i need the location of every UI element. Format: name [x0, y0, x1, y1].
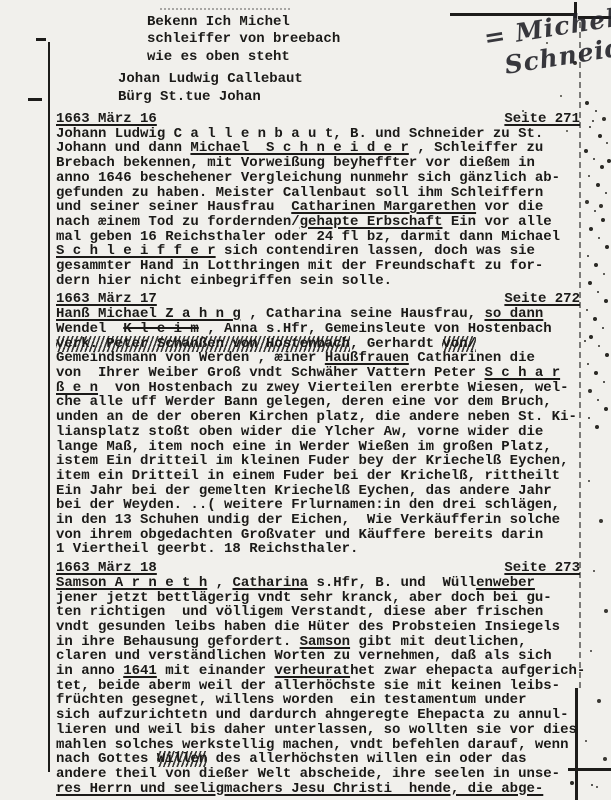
text: Gemeindsmann von Werden , æiner: [56, 350, 325, 366]
text: Ein Jahr bei der gemelten Kriechelß Eych…: [56, 483, 552, 499]
document-line: che alle uff Werder Bann gelegen, deren …: [56, 395, 590, 410]
text: in anno: [56, 663, 123, 679]
underlined-text: so dann: [484, 306, 543, 322]
document-line: Johann und dann Michael S c h n e i d e …: [56, 141, 590, 156]
entries: 1663 März 16Seite 271Johann Ludwig C a l…: [56, 112, 590, 796]
underlined-text: Catharinen Margarethen: [291, 199, 476, 215]
text: mal geben 16 Reichsthaler oder 24 fl bz,…: [56, 229, 560, 245]
document-line: in anno 1641 mit einander verheurathet z…: [56, 664, 590, 679]
document-line: gesammter Hand in Lotthringen mit der Fr…: [56, 259, 590, 274]
text: in den 13 Schuhen undig der Eichen, Wie …: [56, 512, 560, 528]
entry-page-label: Seite 271: [504, 112, 580, 127]
document-line: mal geben 16 Reichsthaler oder 24 fl bz,…: [56, 230, 590, 245]
text: mahlen solches werkstellig machen, vndt …: [56, 737, 568, 753]
document-line: in den 13 Schuhen undig der Eichen, Wie …: [56, 513, 590, 528]
top-note-line: schleiffer von breebach: [147, 31, 590, 48]
text: unden an de der oberen Kirchen platz, di…: [56, 409, 577, 425]
entry-date: 1663 März 16: [56, 112, 157, 127]
document-line: von ihrem obgedachten Großvater und Käuf…: [56, 528, 590, 543]
entry-date: 1663 März 18: [56, 561, 157, 576]
document-line: Gemeindsmann von Werden , æiner Haußfrau…: [56, 351, 590, 366]
underlined-text: 1641: [123, 663, 157, 679]
document-line: andere theil von dießer Welt abscheide, …: [56, 767, 590, 782]
text: von Hostenbach zu zwey Vierteilen ererbt…: [98, 380, 568, 396]
text: gesammter Hand in Lotthringen mit der Fr…: [56, 258, 543, 274]
text: Wendel: [56, 321, 123, 337]
underlined-text: Samson: [300, 634, 350, 650]
document-line: dern hier nicht einbegriffen sein solle.: [56, 274, 590, 289]
text: gefunden zu haben. Meister Callenbaut so…: [56, 185, 543, 201]
text: Catharinen die: [409, 350, 535, 366]
document-line: gefunden zu haben. Meister Callenbaut so…: [56, 186, 590, 201]
scan-artifact-left-margin-line: [48, 42, 50, 772]
scan-artifact-left-tick-top: [36, 38, 46, 41]
entry-date: 1663 März 17: [56, 292, 157, 307]
text: andere theil von dießer Welt abscheide, …: [56, 766, 560, 782]
text: Brebach bekennen, mit Vorweißung beyheff…: [56, 155, 535, 171]
scan-artifact-left-tick-mid: [28, 98, 42, 101]
document-line: jener jetzt bettlägerig vndt sehr kranck…: [56, 591, 590, 606]
text: anno 1646 beschehener Vergleichung nunme…: [56, 170, 560, 186]
text: Johann Ludwig C a l l e n b a u t, B. un…: [56, 126, 543, 142]
underlined-text: Samson A r n e t h: [56, 575, 207, 591]
underlined-text: gehapte Erbschaft: [300, 214, 443, 230]
document-line: lieren und weil bis daher unterlassen, s…: [56, 723, 590, 738]
text: 1 Viertheil geerbt. 18 Reichsthaler.: [56, 541, 358, 557]
document-line: S c h l e i f f e r sich contendiren las…: [56, 244, 590, 259]
document-line: nach æinem Tod zu fordernden/gehapte Erb…: [56, 215, 590, 230]
document-line: früchten gesegnet, willens worden ein te…: [56, 693, 590, 708]
scan-artifact-top-dotted: [160, 8, 290, 10]
text: des allerhöchsten willen ein oder das: [207, 751, 526, 767]
document-line: sich aufzurichtetn und dardurch ahngereg…: [56, 708, 590, 723]
text: sich aufzurichtetn und dardurch ahngereg…: [56, 707, 568, 723]
text: dern hier nicht einbegriffen sein solle.: [56, 273, 392, 289]
text: in ihre Behausung gefordert.: [56, 634, 300, 650]
text: lange Maß, item noch eine in Werder Wieß…: [56, 439, 552, 455]
document-line: Wendel K l e i m , Anna s.Hfr, Gemeinsle…: [56, 322, 590, 337]
document-line: istem Ein dritteil im kleinen Fuder bey …: [56, 454, 590, 469]
document-line: 1 Viertheil geerbt. 18 Reichsthaler.: [56, 542, 590, 557]
document-line: von Ihrer Weiber Groß vndt Schwäher Vatt…: [56, 366, 590, 381]
struck-text: Willen: [157, 751, 207, 767]
underlined-text: S c h l e i f f e r: [56, 243, 216, 259]
underlined-text: S c h a r: [484, 365, 560, 381]
document-line: item ein Dritteil in einem Fuder bei der…: [56, 469, 590, 484]
entry-header: 1663 März 17Seite 272: [56, 292, 580, 307]
entry-page-label: Seite 272: [504, 292, 580, 307]
text: istem Ein dritteil im kleinen Fuder bey …: [56, 453, 568, 469]
text: , Gerhardt: [350, 336, 442, 352]
signature-note-line: Johan Ludwig Callebaut: [118, 71, 590, 88]
text: het zwar ehepacta aufgerich-: [350, 663, 585, 679]
document-line: bei der Weyden. ..( weitere Frlurnamen:i…: [56, 498, 590, 513]
text: vor die: [476, 199, 543, 215]
entry: 1663 März 17Seite 272Hanß Michael Z a h …: [56, 292, 590, 557]
text: mit einander: [157, 663, 275, 679]
top-note-line: wie es oben steht: [147, 49, 590, 66]
text: gibt mit deutlichen,: [350, 634, 526, 650]
document-line: Hanß Michael Z a h n g , Catharina seine…: [56, 307, 590, 322]
text: nach æinem Tod zu fordernden/: [56, 214, 300, 230]
text: Johann und dann: [56, 140, 190, 156]
text: claren und verständlichen Worten zu vern…: [56, 648, 552, 664]
document-line: unden an de der oberen Kirchen platz, di…: [56, 410, 590, 425]
underlined-text: Catharina: [232, 575, 308, 591]
document-line: Brebach bekennen, mit Vorweißung beyheff…: [56, 156, 590, 171]
entry: 1663 März 16Seite 271Johann Ludwig C a l…: [56, 112, 590, 288]
document-line: und seiner seiner Hausfrau Catharinen Ma…: [56, 200, 590, 215]
document-line: verk. Peter Schanßen von Hostenbach, Ger…: [56, 337, 590, 352]
text: nach Gottes: [56, 751, 157, 767]
signature-note-line: Bürg St.tue Johan: [118, 89, 590, 106]
entry-header: 1663 März 18Seite 273: [56, 561, 580, 576]
text: ,: [207, 575, 232, 591]
document-line: anno 1646 beschehener Vergleichung nunme…: [56, 171, 590, 186]
text: bei der Weyden. ..( weitere Frlurnamen:i…: [56, 497, 560, 513]
document-line: tet, beide aberm weil der allerhöchste s…: [56, 679, 590, 694]
document-line: claren und verständlichen Worten zu vern…: [56, 649, 590, 664]
document-line: ß e n von Hostenbach zu zwey Vierteilen …: [56, 381, 590, 396]
document-line: Ein Jahr bei der gemelten Kriechelß Eych…: [56, 484, 590, 499]
entry-page-label: Seite 273: [504, 561, 580, 576]
document-line: lange Maß, item noch eine in Werder Wieß…: [56, 440, 590, 455]
underlined-text: enweber: [476, 575, 535, 591]
document-line: in ihre Behausung gefordert. Samson gibt…: [56, 635, 590, 650]
struck-text: von/: [442, 336, 476, 352]
text: , Anna s.Hfr, Gemeinsleute von Hostenbac…: [199, 321, 552, 337]
text: tet, beide aberm weil der allerhöchste s…: [56, 678, 560, 694]
text: liansplatz stoßt oben wider die Ylcher A…: [56, 424, 543, 440]
document-line: ten richtigen und völligem Verstandt, di…: [56, 605, 590, 620]
underlined-text: ß e n: [56, 380, 98, 396]
document-line: res Herrn und seeligmachers Jesu Christi…: [56, 782, 590, 797]
text: lieren und weil bis daher unterlassen, s…: [56, 722, 577, 738]
top-note: Bekenn Ich Michel schleiffer von breebac…: [147, 14, 590, 66]
text: früchten gesegnet, willens worden ein te…: [56, 692, 526, 708]
document-line: mahlen solches werkstellig machen, vndt …: [56, 738, 590, 753]
text: , Catharina seine Hausfrau,: [241, 306, 485, 322]
text: jener jetzt bettlägerig vndt sehr kranck…: [56, 590, 552, 606]
document-line: liansplatz stoßt oben wider die Ylcher A…: [56, 425, 590, 440]
document-line: Johann Ludwig C a l l e n b a u t, B. un…: [56, 127, 590, 142]
document-page: = Michel Schneider Bekenn Ich Michel sch…: [0, 0, 611, 800]
struck-text: verk. Peter Schanßen von Hostenbach: [56, 336, 350, 352]
underlined-text: Michael S c h n e i d e r: [190, 140, 408, 156]
document-line: Samson A r n e t h , Catharina s.Hfr, B.…: [56, 576, 590, 591]
underlined-text: Hanß Michael Z a h n g: [56, 306, 241, 322]
text: von Ihrer Weiber Groß vndt Schwäher Vatt…: [56, 365, 484, 381]
text: vndt gesunden leibs haben die Hüter des …: [56, 619, 560, 635]
scan-artifact-speckles: [0, 0, 2, 2]
top-note-line: Bekenn Ich Michel: [147, 14, 590, 31]
underlined-text: Haußfrauen: [325, 350, 409, 366]
struck-text: K l e i m: [123, 321, 199, 337]
entry-header: 1663 März 16Seite 271: [56, 112, 580, 127]
underlined-text: res Herrn und seeligmachers Jesu Christi…: [56, 781, 543, 797]
text: che alle uff Werder Bann gelegen, deren …: [56, 394, 552, 410]
text: und seiner seiner Hausfrau: [56, 199, 291, 215]
text: item ein Dritteil in einem Fuder bei der…: [56, 468, 560, 484]
text: , Schleiffer zu: [409, 140, 543, 156]
text: sich contendiren lassen, doch was sie: [216, 243, 535, 259]
signature-note: Johan Ludwig Callebaut Bürg St.tue Johan: [118, 71, 590, 106]
underlined-text: verheurat: [274, 663, 350, 679]
document-content: Bekenn Ich Michel schleiffer von breebac…: [56, 14, 590, 800]
text: s.Hfr, B. und Wüll: [308, 575, 476, 591]
text: von ihrem obgedachten Großvater und Käuf…: [56, 527, 543, 543]
entry: 1663 März 18Seite 273Samson A r n e t h …: [56, 561, 590, 796]
text: Ein vor alle: [442, 214, 551, 230]
document-line: nach Gottes Willen des allerhöchsten wil…: [56, 752, 590, 767]
text: ten richtigen und völligem Verstandt, di…: [56, 604, 543, 620]
document-line: vndt gesunden leibs haben die Hüter des …: [56, 620, 590, 635]
